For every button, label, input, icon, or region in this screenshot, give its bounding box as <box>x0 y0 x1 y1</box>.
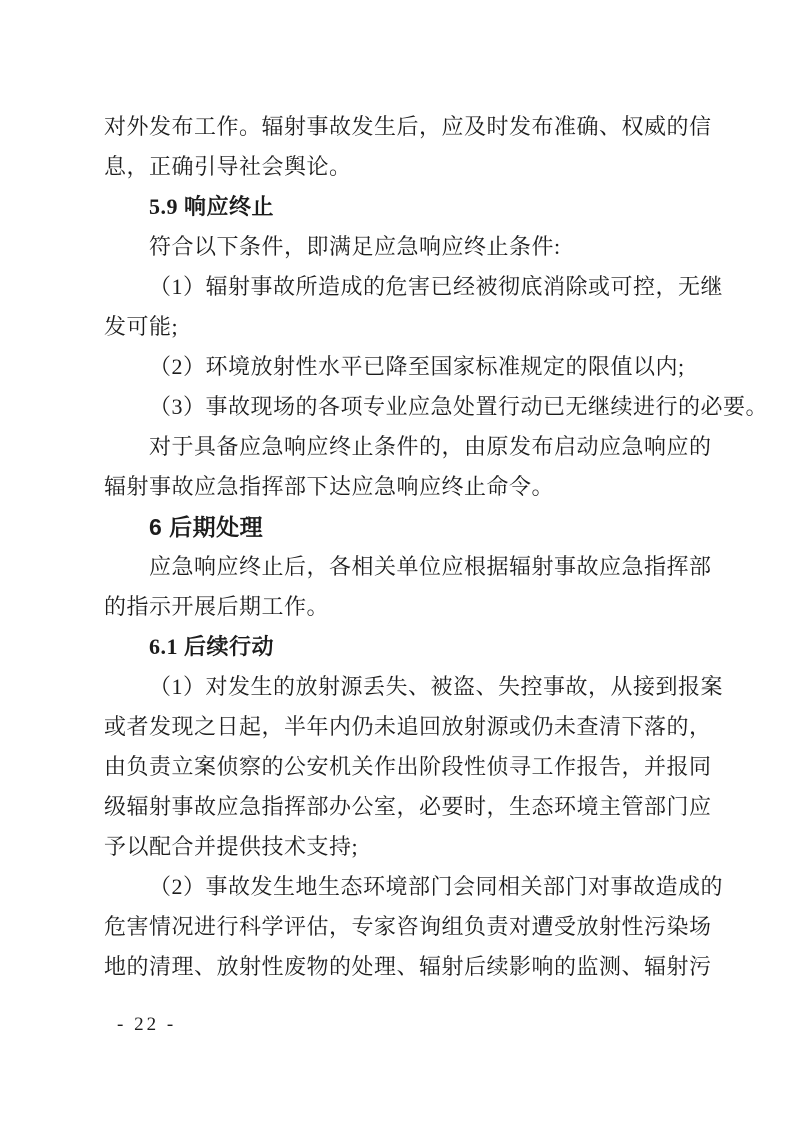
text-line: （1）对发生的放射源丢失、被盗、失控事故，从接到报案 <box>104 667 724 707</box>
text-line: （1）辐射事故所造成的危害已经被彻底消除或可控，无继 <box>104 267 724 307</box>
text-line: 地的清理、放射性废物的处理、辐射后续影响的监测、辐射污 <box>104 947 724 987</box>
text-line: 由负责立案侦察的公安机关作出阶段性侦寻工作报告，并报同 <box>104 747 724 787</box>
text-line: 辐射事故应急指挥部下达应急响应终止命令。 <box>104 467 724 507</box>
document-body: 对外发布工作。辐射事故发生后，应及时发布准确、权威的信 息，正确引导社会舆论。 … <box>104 107 724 987</box>
text-line: 危害情况进行科学评估，专家咨询组负责对遭受放射性污染场 <box>104 907 724 947</box>
text-line: 或者发现之日起，半年内仍未追回放射源或仍未查清下落的， <box>104 707 724 747</box>
text-line: 息，正确引导社会舆论。 <box>104 147 724 187</box>
text-line: 予以配合并提供技术支持; <box>104 827 724 867</box>
heading-6-1: 6.1 后续行动 <box>104 627 724 667</box>
heading-6: 6 后期处理 <box>104 507 724 547</box>
text-line: （3）事故现场的各项专业应急处置行动已无继续进行的必要。 <box>104 387 724 427</box>
text-line: 应急响应终止后，各相关单位应根据辐射事故应急指挥部 <box>104 547 724 587</box>
text-line: （2）事故发生地生态环境部门会同相关部门对事故造成的 <box>104 867 724 907</box>
text-line: （2）环境放射性水平已降至国家标准规定的限值以内; <box>104 347 724 387</box>
text-line: 发可能; <box>104 307 724 347</box>
text-line: 对于具备应急响应终止条件的，由原发布启动应急响应的 <box>104 427 724 467</box>
page-number: - 22 - <box>117 1012 176 1038</box>
text-line: 级辐射事故应急指挥部办公室，必要时，生态环境主管部门应 <box>104 787 724 827</box>
heading-5-9: 5.9 响应终止 <box>104 187 724 227</box>
text-line: 符合以下条件，即满足应急响应终止条件: <box>104 227 724 267</box>
text-line: 对外发布工作。辐射事故发生后，应及时发布准确、权威的信 <box>104 107 724 147</box>
text-line: 的指示开展后期工作。 <box>104 587 724 627</box>
document-page: 对外发布工作。辐射事故发生后，应及时发布准确、权威的信 息，正确引导社会舆论。 … <box>0 0 800 1131</box>
